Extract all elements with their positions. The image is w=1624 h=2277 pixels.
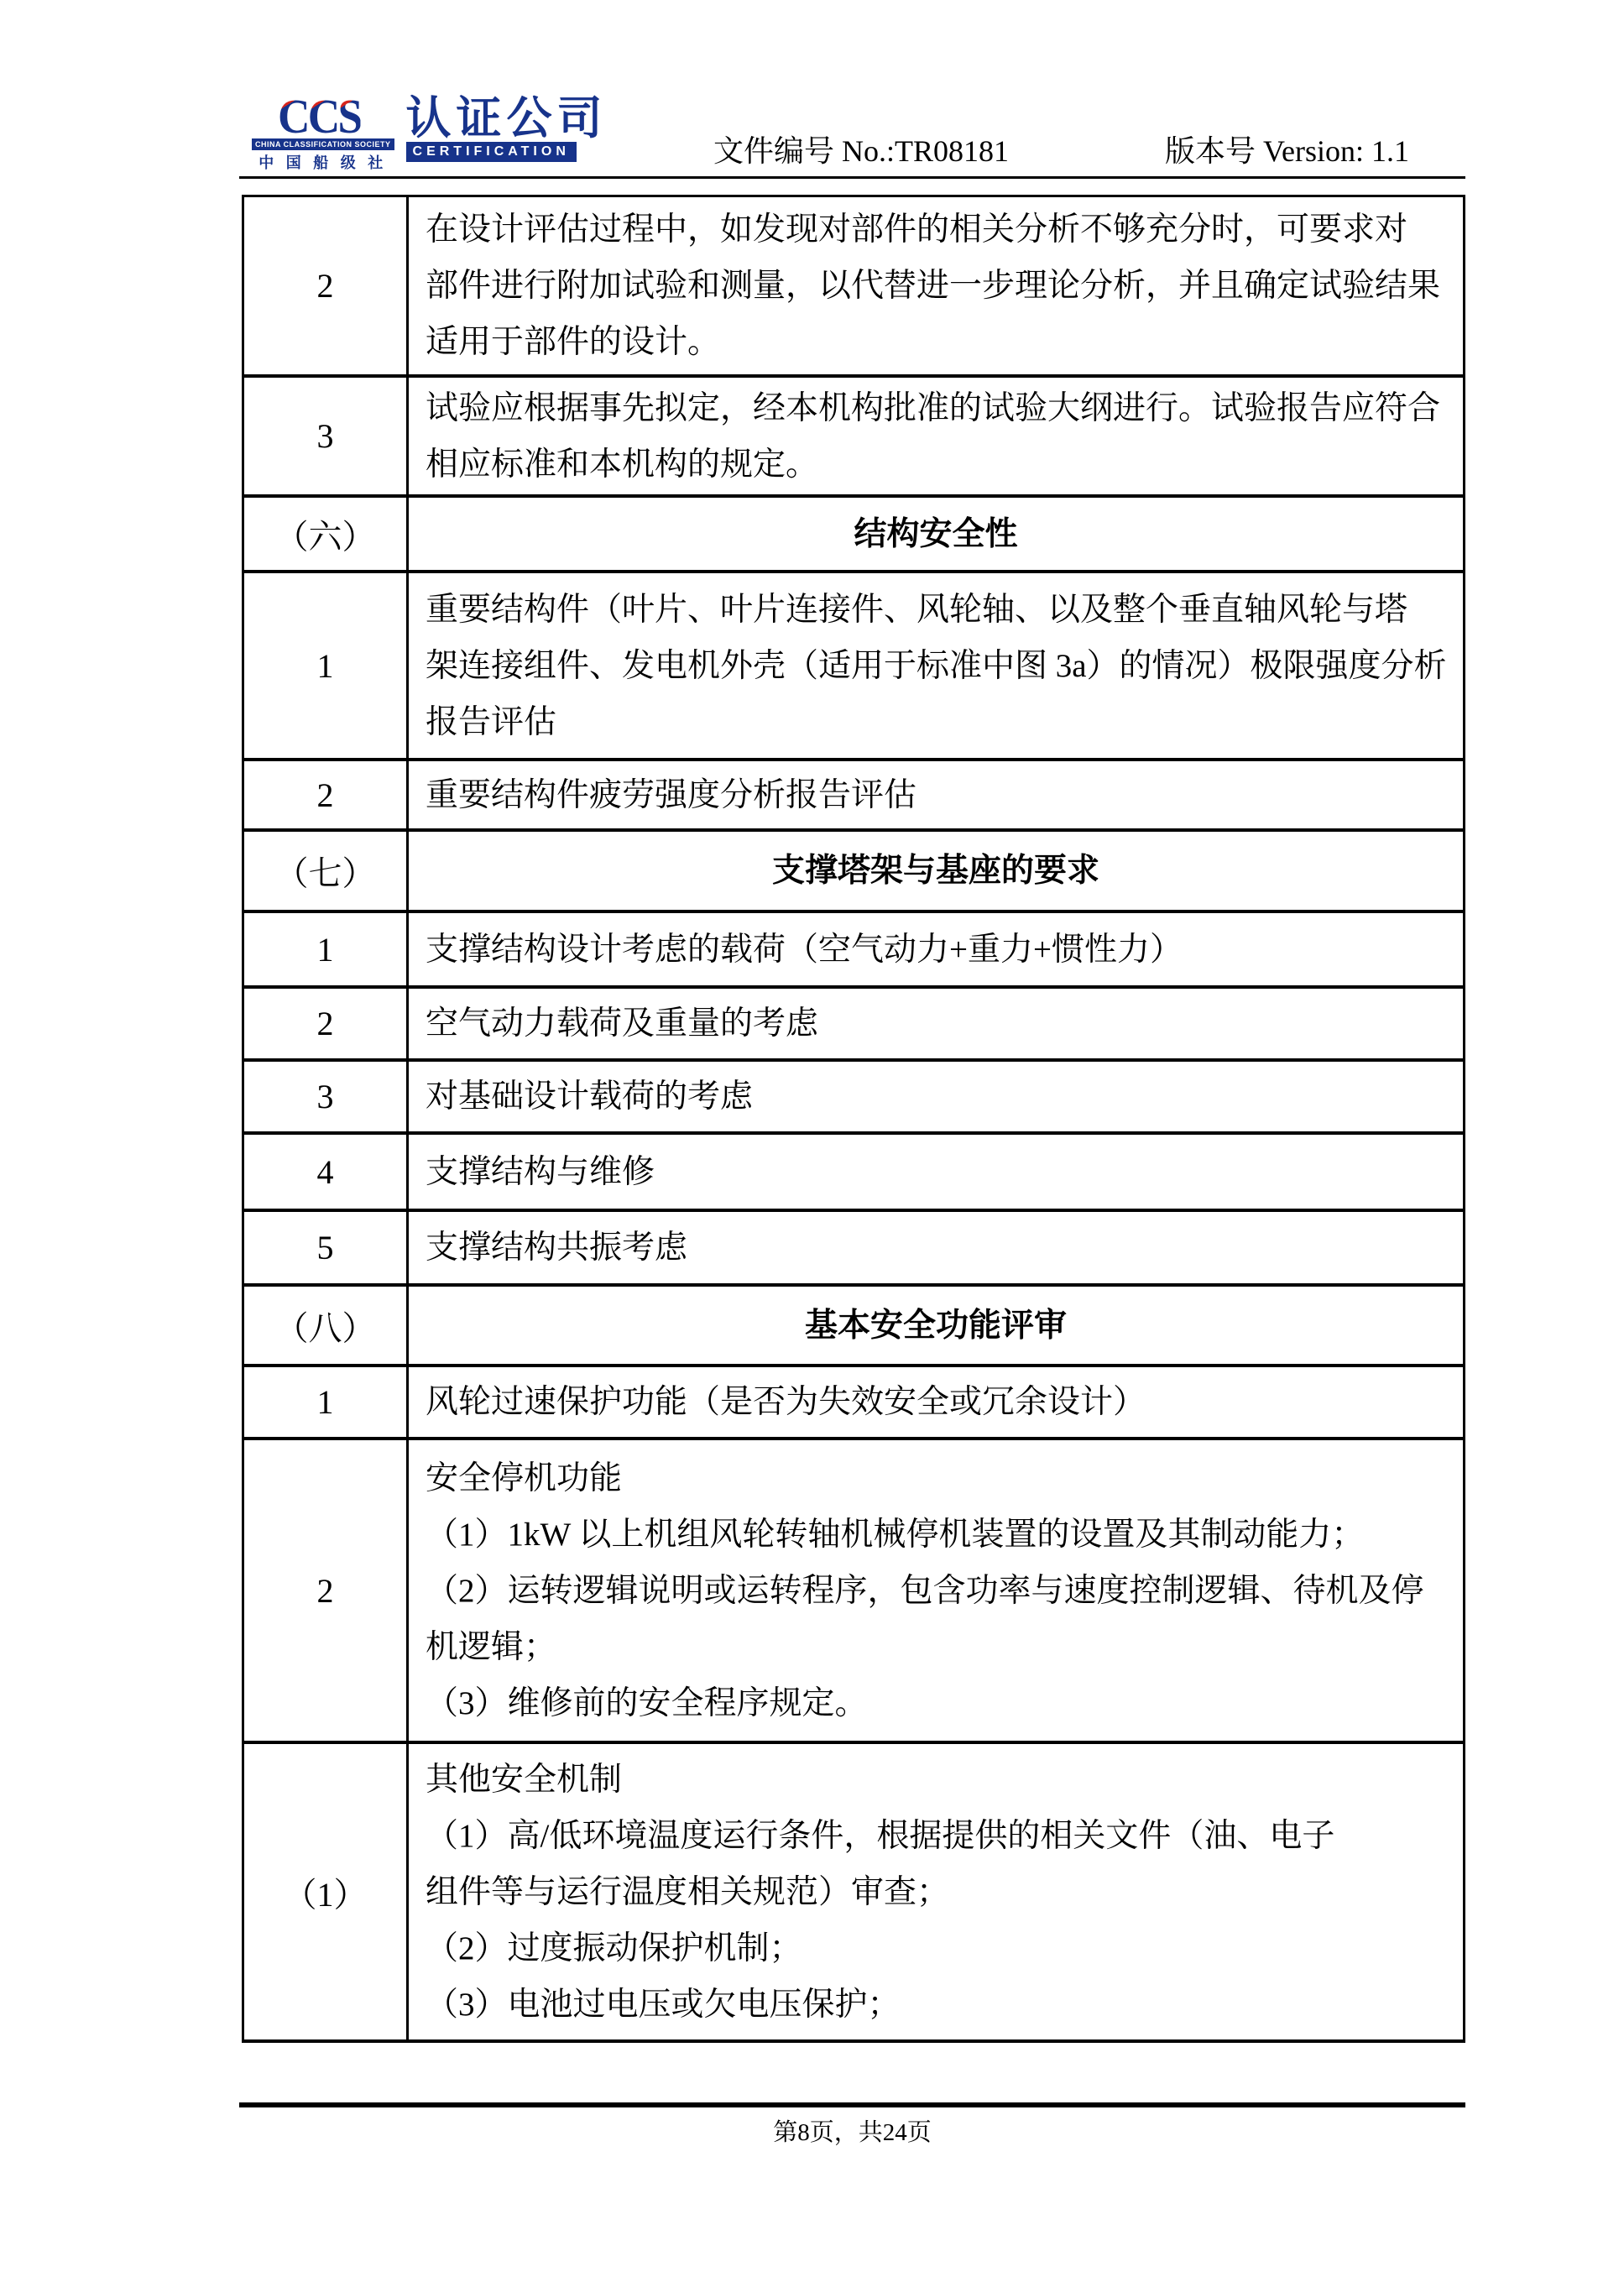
- text-line: 安全停机功能: [426, 1450, 1446, 1507]
- table-row: 2 空气动力载荷及重量的考虑: [244, 989, 1463, 1062]
- row-content-cell: 风轮过速保护功能（是否为失效安全或冗余设计）: [409, 1367, 1463, 1437]
- text-line: （3）电池过电压或欠电压保护；: [426, 1977, 1446, 2033]
- text-line: （1）高/低环境温度运行条件，根据提供的相关文件（油、电子: [426, 1808, 1446, 1864]
- ccs-logo: CCS CHINA CLASSIFICATION SOCIETY 中 国 船 级…: [252, 97, 608, 173]
- text-line: 适用于部件的设计。: [426, 314, 1446, 370]
- document-page: CCS CHINA CLASSIFICATION SOCIETY 中 国 船 级…: [0, 0, 1624, 2277]
- certification-cn-label: 认证公司: [406, 97, 608, 139]
- table-row: 1 重要结构件（叶片、叶片连接件、风轮轴、以及整个垂直轴风轮与塔 架连接组件、发…: [244, 573, 1463, 761]
- text-line: 对基础设计载荷的考虑: [426, 1068, 1446, 1125]
- section-row: （八） 基本安全功能评审: [244, 1287, 1463, 1367]
- table-row: 2 重要结构件疲劳强度分析报告评估: [244, 761, 1463, 832]
- text-line: 重要结构件疲劳强度分析报告评估: [426, 767, 1446, 823]
- ccs-letter: C: [278, 89, 308, 144]
- text-line: 支撑结构共振考虑: [426, 1219, 1446, 1276]
- text-line: 报告评估: [426, 694, 1447, 750]
- row-number-cell: 2: [244, 1440, 409, 1741]
- row-number-cell: 4: [244, 1135, 409, 1209]
- text-line: 支撑结构设计考虑的载荷（空气动力+重力+惯性力）: [426, 922, 1446, 978]
- row-number-cell: 3: [244, 1062, 409, 1131]
- text-line: （1）1kW 以上机组风轮转轴机械停机装置的设置及其制动能力；: [426, 1507, 1446, 1563]
- row-content-cell: 其他安全机制 （1）高/低环境温度运行条件，根据提供的相关文件（油、电子 组件等…: [409, 1744, 1463, 2039]
- text-line: 空气动力载荷及重量的考虑: [426, 995, 1446, 1052]
- row-number-cell: 2: [244, 197, 409, 374]
- row-number-cell: 1: [244, 913, 409, 985]
- section-title: 基本安全功能评审: [805, 1298, 1067, 1354]
- table-row: 5 支撑结构共振考虑: [244, 1212, 1463, 1287]
- text-line: （3）维修前的安全程序规定。: [426, 1675, 1446, 1731]
- row-content-cell: 对基础设计载荷的考虑: [409, 1062, 1463, 1131]
- text-line: 组件等与运行温度相关规范）审查；: [426, 1864, 1446, 1920]
- row-number-cell: 2: [244, 989, 409, 1058]
- row-number-cell: 5: [244, 1212, 409, 1283]
- row-number-cell: 1: [244, 573, 409, 758]
- row-number-cell: 2: [244, 761, 409, 828]
- row-content-cell: 支撑结构设计考虑的载荷（空气动力+重力+惯性力）: [409, 913, 1463, 985]
- text-line: （2）运转逻辑说明或运转程序，包含功率与速度控制逻辑、待机及停: [426, 1563, 1446, 1619]
- text-line: 重要结构件（叶片、叶片连接件、风轮轴、以及整个垂直轴风轮与塔: [426, 582, 1447, 638]
- table-row: 3 对基础设计载荷的考虑: [244, 1062, 1463, 1135]
- table-row: 4 支撑结构与维修: [244, 1135, 1463, 1212]
- society-cn-label: 中 国 船 级 社: [258, 151, 387, 173]
- section-title-cell: 基本安全功能评审: [409, 1287, 1463, 1364]
- section-number-cell: （六）: [244, 498, 409, 570]
- document-number: 文件编号 No.:TR08181: [713, 128, 1009, 170]
- row-number-cell: （1）: [244, 1744, 409, 2039]
- row-content-cell: 试验应根据事先拟定，经本机构批准的试验大纲进行。试验报告应符合 相应标准和本机构…: [409, 378, 1463, 494]
- row-content-cell: 安全停机功能 （1）1kW 以上机组风轮转轴机械停机装置的设置及其制动能力； （…: [409, 1440, 1463, 1741]
- section-row: （七） 支撑塔架与基座的要求: [244, 832, 1463, 913]
- table-row: 1 风轮过速保护功能（是否为失效安全或冗余设计）: [244, 1367, 1463, 1440]
- text-line: 在设计评估过程中，如发现对部件的相关分析不够充分时，可要求对: [426, 201, 1446, 258]
- row-content-cell: 支撑结构共振考虑: [409, 1212, 1463, 1283]
- table-row: 3 试验应根据事先拟定，经本机构批准的试验大纲进行。试验报告应符合 相应标准和本…: [244, 378, 1463, 498]
- row-number-cell: 3: [244, 378, 409, 494]
- ccs-letter: C: [308, 89, 338, 144]
- row-content-cell: 重要结构件（叶片、叶片连接件、风轮轴、以及整个垂直轴风轮与塔 架连接组件、发电机…: [409, 573, 1463, 758]
- section-number-cell: （七）: [244, 832, 409, 910]
- row-number-cell: 1: [244, 1367, 409, 1437]
- row-content-cell: 在设计评估过程中，如发现对部件的相关分析不够充分时，可要求对 部件进行附加试验和…: [409, 197, 1463, 374]
- table-row: 2 在设计评估过程中，如发现对部件的相关分析不够充分时，可要求对 部件进行附加试…: [244, 197, 1463, 378]
- header-divider: [239, 176, 1465, 179]
- ccs-logo-right: 认证公司 CERTIFICATION: [406, 97, 608, 162]
- row-content-cell: 支撑结构与维修: [409, 1135, 1463, 1209]
- section-number-cell: （八）: [244, 1287, 409, 1364]
- text-line: 试验应根据事先拟定，经本机构批准的试验大纲进行。试验报告应符合: [426, 380, 1446, 436]
- requirements-table: 2 在设计评估过程中，如发现对部件的相关分析不够充分时，可要求对 部件进行附加试…: [242, 195, 1465, 2043]
- section-title: 支撑塔架与基座的要求: [772, 843, 1099, 899]
- page-number: 第8页，共24页: [239, 2113, 1465, 2148]
- row-content-cell: 空气动力载荷及重量的考虑: [409, 989, 1463, 1058]
- table-row: （1） 其他安全机制 （1）高/低环境温度运行条件，根据提供的相关文件（油、电子…: [244, 1744, 1463, 2039]
- table-row: 1 支撑结构设计考虑的载荷（空气动力+重力+惯性力）: [244, 913, 1463, 989]
- text-line: 相应标准和本机构的规定。: [426, 436, 1446, 493]
- text-line: 风轮过速保护功能（是否为失效安全或冗余设计）: [426, 1374, 1446, 1430]
- text-line: 机逻辑；: [426, 1619, 1446, 1675]
- text-line: 架连接组件、发电机外壳（适用于标准中图 3a）的情况）极限强度分析: [426, 638, 1447, 694]
- ccs-logotype: CCS: [278, 97, 360, 136]
- table-row: 2 安全停机功能 （1）1kW 以上机组风轮转轴机械停机装置的设置及其制动能力；…: [244, 1440, 1463, 1744]
- text-line: 其他安全机制: [426, 1752, 1446, 1808]
- section-row: （六） 结构安全性: [244, 498, 1463, 573]
- text-line: 支撑结构与维修: [426, 1144, 1446, 1200]
- ccs-letter: S: [338, 89, 361, 144]
- section-title: 结构安全性: [854, 506, 1017, 562]
- text-line: 部件进行附加试验和测量，以代替进一步理论分析，并且确定试验结果: [426, 258, 1446, 314]
- version-number: 版本号 Version: 1.1: [1165, 128, 1409, 170]
- section-title-cell: 结构安全性: [409, 498, 1463, 570]
- text-line: （2）过度振动保护机制；: [426, 1920, 1446, 1977]
- certification-en-bar: CERTIFICATION: [406, 142, 577, 162]
- ccs-logo-left: CCS CHINA CLASSIFICATION SOCIETY 中 国 船 级…: [252, 97, 394, 173]
- section-title-cell: 支撑塔架与基座的要求: [409, 832, 1463, 910]
- row-content-cell: 重要结构件疲劳强度分析报告评估: [409, 761, 1463, 828]
- footer-divider: [239, 2102, 1465, 2107]
